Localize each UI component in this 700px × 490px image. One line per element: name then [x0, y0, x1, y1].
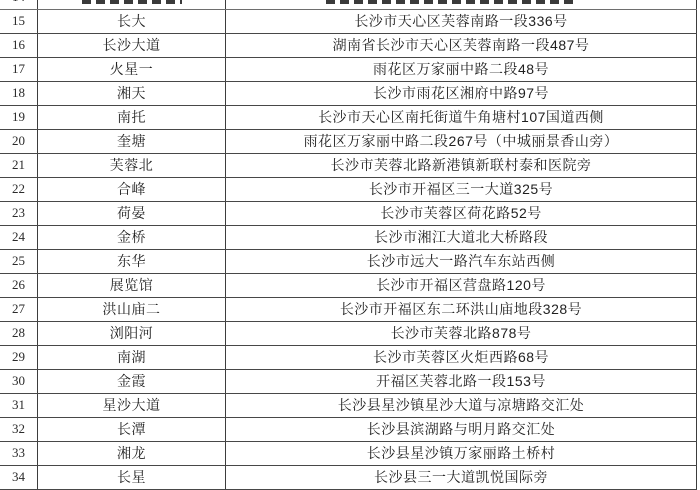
row-number: 34 — [0, 466, 38, 489]
row-number: 17 — [0, 58, 38, 81]
table-row: 26 展览馆 长沙市开福区营盘路120号 — [0, 274, 697, 298]
station-address: 长沙市开福区三一大道325号 — [226, 178, 697, 201]
station-address: 长沙县星沙镇万家丽路土桥村 — [226, 442, 697, 465]
station-name: 南托 — [38, 106, 226, 129]
station-name: 长沙大道 — [38, 34, 226, 57]
station-name: 金桥 — [38, 226, 226, 249]
table-row: 21 芙蓉北 长沙市芙蓉北路新港镇新联村泰和医院旁 — [0, 154, 697, 178]
table-row: 32 长潭 长沙县滨湖路与明月路交汇处 — [0, 418, 697, 442]
row-number: 22 — [0, 178, 38, 201]
station-name: 长大 — [38, 10, 226, 33]
table-row: 20 奎塘 雨花区万家丽中路二段267号（中城丽景香山旁） — [0, 130, 697, 154]
row-number: 16 — [0, 34, 38, 57]
station-name: 东华 — [38, 250, 226, 273]
table-row: 22 合峰 长沙市开福区三一大道325号 — [0, 178, 697, 202]
row-number: 30 — [0, 370, 38, 393]
station-name: 芙蓉北 — [38, 154, 226, 177]
row-number: 27 — [0, 298, 38, 321]
station-address: 长沙市雨花区湘府中路97号 — [226, 82, 697, 105]
station-address: 长沙市远大一路汽车东站西侧 — [226, 250, 697, 273]
station-name: 荷晏 — [38, 202, 226, 225]
station-address: 长沙县滨湖路与明月路交汇处 — [226, 418, 697, 441]
table-row-partial: 14 — [0, 0, 697, 10]
station-name — [38, 0, 226, 9]
station-name: 浏阳河 — [38, 322, 226, 345]
station-address: 雨花区万家丽中路二段48号 — [226, 58, 697, 81]
station-address: 雨花区万家丽中路二段267号（中城丽景香山旁） — [226, 130, 697, 153]
row-number: 18 — [0, 82, 38, 105]
row-number: 21 — [0, 154, 38, 177]
row-number: 14 — [0, 0, 38, 9]
clipped-text-fragment — [326, 0, 576, 4]
page: 14 15 长大 长沙市天心区芙蓉南路一段336号 16 长沙大道 湖南省长沙市… — [0, 0, 700, 490]
table-row: 18 湘天 长沙市雨花区湘府中路97号 — [0, 82, 697, 106]
station-address: 长沙市湘江大道北大桥路段 — [226, 226, 697, 249]
table-row: 29 南湖 长沙市芙蓉区火炬西路68号 — [0, 346, 697, 370]
station-address: 长沙市开福区营盘路120号 — [226, 274, 697, 297]
station-address: 长沙市芙蓉区火炬西路68号 — [226, 346, 697, 369]
station-name: 火星一 — [38, 58, 226, 81]
table-row: 15 长大 长沙市天心区芙蓉南路一段336号 — [0, 10, 697, 34]
station-name: 湘龙 — [38, 442, 226, 465]
table-row: 27 洪山庙二 长沙市开福区东二环洪山庙地段328号 — [0, 298, 697, 322]
row-number: 32 — [0, 418, 38, 441]
stations-table: 14 15 长大 长沙市天心区芙蓉南路一段336号 16 长沙大道 湖南省长沙市… — [0, 0, 697, 490]
row-number: 19 — [0, 106, 38, 129]
station-name: 星沙大道 — [38, 394, 226, 417]
row-number: 25 — [0, 250, 38, 273]
table-row: 34 长星 长沙县三一大道凯悦国际旁 — [0, 466, 697, 490]
row-number: 28 — [0, 322, 38, 345]
table-row: 17 火星一 雨花区万家丽中路二段48号 — [0, 58, 697, 82]
station-address: 长沙县三一大道凯悦国际旁 — [226, 466, 697, 489]
table-row: 16 长沙大道 湖南省长沙市天心区芙蓉南路一段487号 — [0, 34, 697, 58]
station-name: 金霞 — [38, 370, 226, 393]
table-body: 15 长大 长沙市天心区芙蓉南路一段336号 16 长沙大道 湖南省长沙市天心区… — [0, 10, 697, 490]
station-address: 开福区芙蓉北路一段153号 — [226, 370, 697, 393]
table-row: 31 星沙大道 长沙县星沙镇星沙大道与凉塘路交汇处 — [0, 394, 697, 418]
row-number: 29 — [0, 346, 38, 369]
station-address: 长沙市天心区南托街道牛角塘村107国道西侧 — [226, 106, 697, 129]
station-address: 长沙市芙蓉北路新港镇新联村泰和医院旁 — [226, 154, 697, 177]
station-address: 长沙市芙蓉区荷花路52号 — [226, 202, 697, 225]
station-name: 奎塘 — [38, 130, 226, 153]
table-row: 33 湘龙 长沙县星沙镇万家丽路土桥村 — [0, 442, 697, 466]
table-row: 25 东华 长沙市远大一路汽车东站西侧 — [0, 250, 697, 274]
station-name: 合峰 — [38, 178, 226, 201]
table-row: 24 金桥 长沙市湘江大道北大桥路段 — [0, 226, 697, 250]
table-row: 19 南托 长沙市天心区南托街道牛角塘村107国道西侧 — [0, 106, 697, 130]
row-number: 23 — [0, 202, 38, 225]
row-number: 31 — [0, 394, 38, 417]
row-number: 33 — [0, 442, 38, 465]
row-number: 20 — [0, 130, 38, 153]
table-row: 28 浏阳河 长沙市芙蓉北路878号 — [0, 322, 697, 346]
station-address — [226, 0, 697, 9]
row-number: 26 — [0, 274, 38, 297]
station-address: 长沙市开福区东二环洪山庙地段328号 — [226, 298, 697, 321]
station-address: 长沙县星沙镇星沙大道与凉塘路交汇处 — [226, 394, 697, 417]
clipped-text-fragment — [82, 0, 182, 4]
station-name: 展览馆 — [38, 274, 226, 297]
station-name: 长潭 — [38, 418, 226, 441]
station-address: 长沙市天心区芙蓉南路一段336号 — [226, 10, 697, 33]
station-address: 长沙市芙蓉北路878号 — [226, 322, 697, 345]
table-row: 30 金霞 开福区芙蓉北路一段153号 — [0, 370, 697, 394]
station-name: 湘天 — [38, 82, 226, 105]
row-number: 15 — [0, 10, 38, 33]
station-name: 南湖 — [38, 346, 226, 369]
station-address: 湖南省长沙市天心区芙蓉南路一段487号 — [226, 34, 697, 57]
row-number: 24 — [0, 226, 38, 249]
station-name: 洪山庙二 — [38, 298, 226, 321]
station-name: 长星 — [38, 466, 226, 489]
table-row: 23 荷晏 长沙市芙蓉区荷花路52号 — [0, 202, 697, 226]
